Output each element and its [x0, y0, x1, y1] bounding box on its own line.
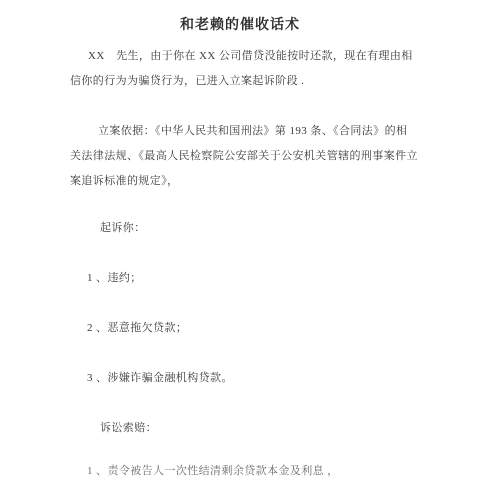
- claims-heading: 诉讼索赔：: [100, 416, 440, 441]
- claims-item-1: 1 、责令被告人一次性结清剩余贷款本金及利息 ，: [87, 459, 447, 480]
- prosecution-item-1: 1 、违约；: [87, 266, 447, 291]
- legal-basis-line-2: 关法律法规、《最高人民检察院公安部关于公安机关管辖的刑事案件立: [70, 144, 415, 169]
- intro-paragraph: XX 先生，由于你在 XX 公司借贷没能按时还款，现在有理由相 信你的行为为骗贷…: [70, 44, 415, 94]
- document-page: 和老赖的催收话术 XX 先生，由于你在 XX 公司借贷没能按时还款，现在有理由相…: [0, 0, 480, 480]
- prosecution-heading: 起诉你：: [100, 216, 440, 241]
- document-title: 和老赖的催收话术: [0, 13, 480, 38]
- intro-line-1: XX 先生，由于你在 XX 公司借贷没能按时还款，现在有理由相: [70, 44, 415, 69]
- prosecution-item-2: 2 、恶意拖欠贷款；: [87, 316, 447, 341]
- legal-basis-line-1: 立案依据：《中华人民共和国刑法》第 193 条、《合同法》的相: [70, 119, 415, 144]
- legal-basis-paragraph: 立案依据：《中华人民共和国刑法》第 193 条、《合同法》的相 关法律法规、《最…: [70, 119, 415, 194]
- intro-line-2: 信你的行为为骗贷行为，已进入立案起诉阶段 .: [70, 69, 415, 94]
- prosecution-item-3: 3 、涉嫌诈骗金融机构贷款。: [87, 366, 447, 391]
- legal-basis-line-3: 案追诉标准的规定》，: [70, 169, 415, 194]
